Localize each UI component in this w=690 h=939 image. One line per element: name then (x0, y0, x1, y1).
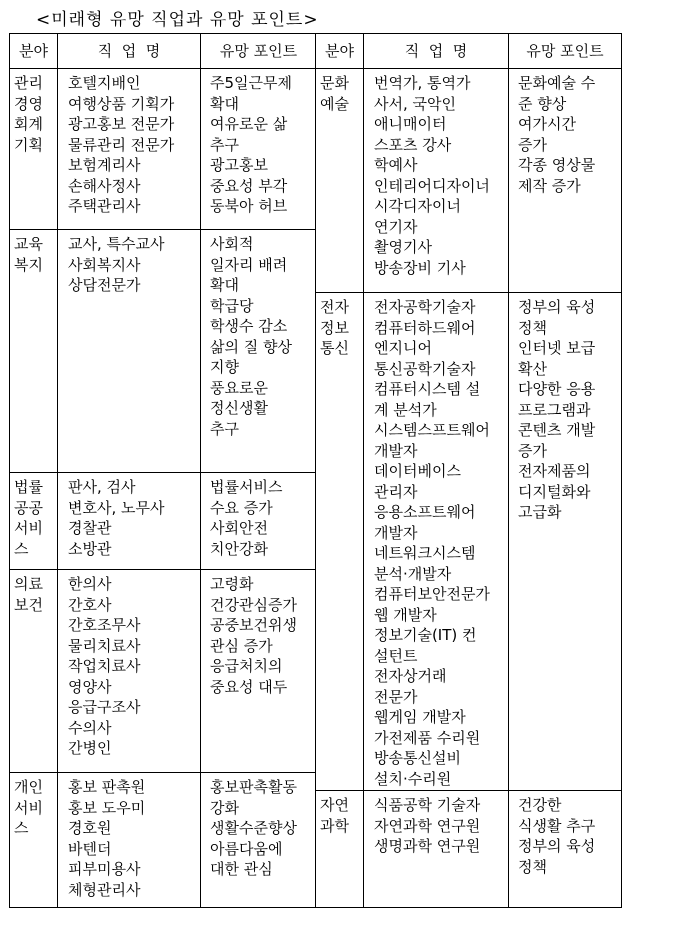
jobs-column-header: 직 업 명 (364, 34, 509, 69)
table-row: 관리 경영 회계 기획 호텔지배인 여행상품 기획가 광고홍보 전문가 물류관리… (10, 69, 317, 230)
career-table-left: 분야 직 업 명 유망 포인트 관리 경영 회계 기획 호텔지배인 여행상품 기… (9, 33, 317, 908)
points-cell: 정부의 육성 정책 인터넷 보급 확산 다양한 응용 프로그램과 콘텐츠 개발 … (509, 293, 622, 791)
jobs-cell: 한의사 간호사 간호조무사 물리치료사 작업치료사 영양사 응급구조사 수의사 … (58, 570, 201, 773)
table-row: 의료 보건 한의사 간호사 간호조무사 물리치료사 작업치료사 영양사 응급구조… (10, 570, 317, 773)
jobs-cell: 번역가, 통역가 사서, 국악인 애니매이터 스포츠 강사 학예사 인테리어디자… (364, 69, 509, 293)
table-row: 개인 서비 스 홍보 판촉원 홍보 도우미 경호원 바텐더 피부미용사 체형관리… (10, 773, 317, 908)
field-cell: 교육 복지 (10, 230, 58, 473)
field-column-header: 분야 (316, 34, 364, 69)
jobs-cell: 전자공학기술자 컴퓨터하드웨어 엔지니어 통신공학기술자 컴퓨터시스템 설 계 … (364, 293, 509, 791)
field-column-header: 분야 (10, 34, 58, 69)
header-row: 분야 직 업 명 유망 포인트 (316, 34, 622, 69)
points-column-header: 유망 포인트 (201, 34, 317, 69)
field-cell: 개인 서비 스 (10, 773, 58, 908)
field-cell: 관리 경영 회계 기획 (10, 69, 58, 230)
page-title: <미래형 유망 직업과 유망 포인트> (36, 5, 319, 30)
table-row: 전자 정보 통신 전자공학기술자 컴퓨터하드웨어 엔지니어 통신공학기술자 컴퓨… (316, 293, 622, 791)
points-cell: 고령화 건강관심증가 공중보건위생 관심 증가 응급처치의 중요성 대두 (201, 570, 317, 773)
jobs-cell: 교사, 특수교사 사회복지사 상담전문가 (58, 230, 201, 473)
field-cell: 전자 정보 통신 (316, 293, 364, 791)
jobs-column-header: 직 업 명 (58, 34, 201, 69)
table-row: 교육 복지 교사, 특수교사 사회복지사 상담전문가 사회적 일자리 배려 확대… (10, 230, 317, 473)
points-cell: 건강한 식생활 추구 정부의 육성 정책 (509, 791, 622, 908)
points-cell: 주5일근무제 확대 여유로운 삶 추구 광고홍보 중요성 부각 동북아 허브 (201, 69, 317, 230)
table-row: 자연 과학 식품공학 기술자 자연과학 연구원 생명과학 연구원 건강한 식생활… (316, 791, 622, 908)
field-cell: 법률 공공 서비 스 (10, 473, 58, 570)
jobs-cell: 홍보 판촉원 홍보 도우미 경호원 바텐더 피부미용사 체형관리사 (58, 773, 201, 908)
jobs-cell: 판사, 검사 변호사, 노무사 경찰관 소방관 (58, 473, 201, 570)
career-table-right: 분야 직 업 명 유망 포인트 문화 예술 번역가, 통역가 사서, 국악인 애… (315, 33, 622, 908)
header-row: 분야 직 업 명 유망 포인트 (10, 34, 317, 69)
points-column-header: 유망 포인트 (509, 34, 622, 69)
table-row: 문화 예술 번역가, 통역가 사서, 국악인 애니매이터 스포츠 강사 학예사 … (316, 69, 622, 293)
field-cell: 문화 예술 (316, 69, 364, 293)
field-cell: 의료 보건 (10, 570, 58, 773)
jobs-cell: 호텔지배인 여행상품 기획가 광고홍보 전문가 물류관리 전문가 보험계리사 손… (58, 69, 201, 230)
points-cell: 법률서비스 수요 증가 사회안전 치안강화 (201, 473, 317, 570)
document-page: <미래형 유망 직업과 유망 포인트> 분야 직 업 명 유망 포인트 관리 경… (0, 0, 690, 939)
points-cell: 홍보판촉활동 강화 생활수준향상 아름다움에 대한 관심 (201, 773, 317, 908)
jobs-cell: 식품공학 기술자 자연과학 연구원 생명과학 연구원 (364, 791, 509, 908)
points-cell: 사회적 일자리 배려 확대 학급당 학생수 감소 삶의 질 향상 지향 풍요로운… (201, 230, 317, 473)
points-cell: 문화예술 수 준 향상 여가시간 증가 각종 영상물 제작 증가 (509, 69, 622, 293)
table-row: 법률 공공 서비 스 판사, 검사 변호사, 노무사 경찰관 소방관 법률서비스… (10, 473, 317, 570)
field-cell: 자연 과학 (316, 791, 364, 908)
